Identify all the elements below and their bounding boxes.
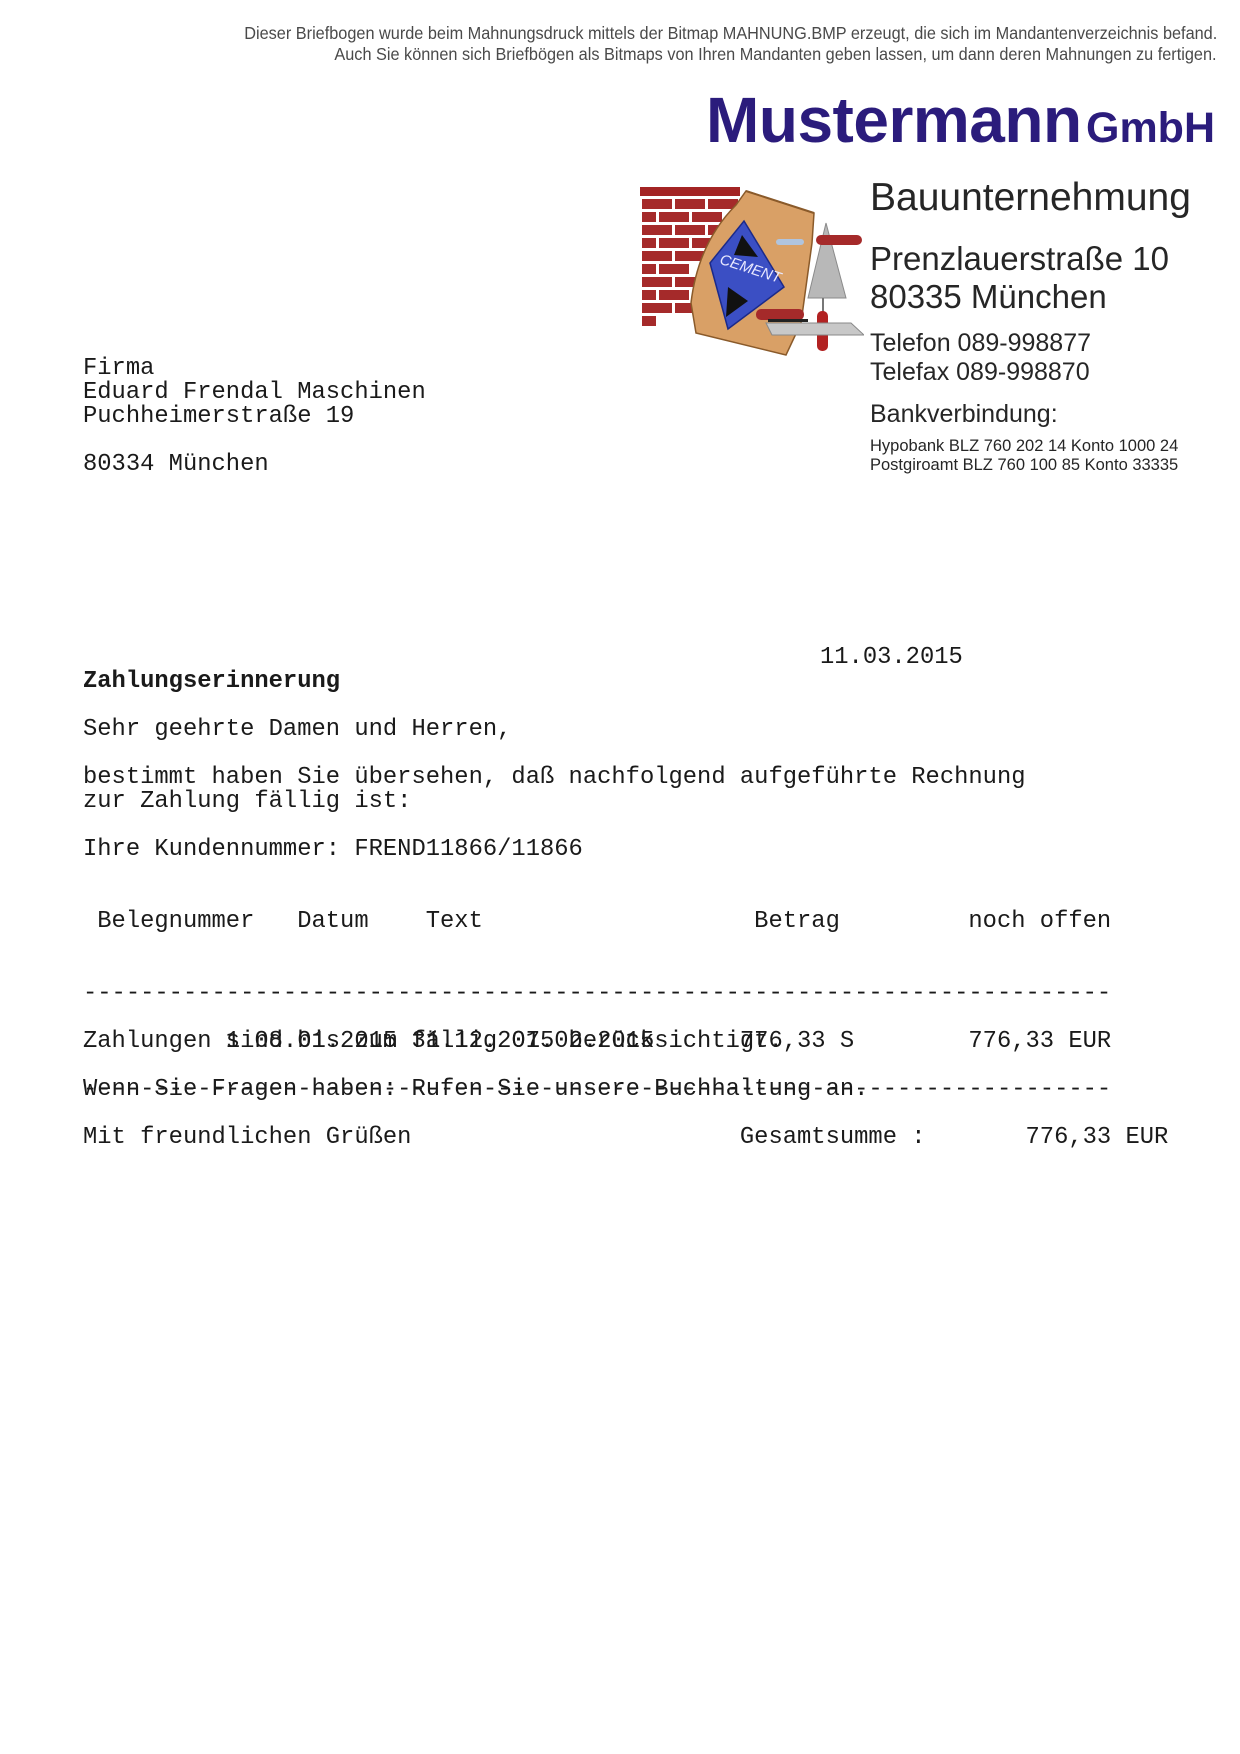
- recipient-line-3: Puchheimerstraße 19: [83, 405, 426, 429]
- customer-number-value: FREND11866/11866: [354, 836, 583, 863]
- letter-date: 11.03.2015: [820, 646, 963, 670]
- recipient-line-1: Firma: [83, 357, 426, 381]
- customer-number: Ihre Kundennummer: FREND11866/11866: [83, 838, 583, 862]
- letterhead-hint-line-1: Dieser Briefbogen wurde beim Mahnungsdru…: [244, 23, 1217, 43]
- float-icon: [756, 309, 864, 335]
- intro-line-1: bestimmt haben Sie übersehen, daß nachfo…: [83, 766, 1026, 790]
- table-header: Belegnummer Datum Text Betrag noch offen: [83, 910, 1168, 934]
- recipient-address: FirmaEduard Frendal MaschinenPuchheimers…: [83, 357, 426, 477]
- bank-label: Bankverbindung:: [870, 402, 1058, 427]
- cement-bag-brick-wall-trowel-icon: CEMENT: [636, 183, 864, 358]
- customer-number-label: Ihre Kundennummer:: [83, 836, 340, 863]
- letter-intro: bestimmt haben Sie übersehen, daß nachfo…: [83, 766, 1026, 814]
- company-phone: Telefon 089-998877: [870, 331, 1091, 356]
- payments-note: Zahlungen sind bis zum 31.12.2015 berück…: [83, 1030, 783, 1054]
- bank-account-1: Hypobank BLZ 760 202 14 Konto 1000 24: [870, 438, 1178, 455]
- closing: Mit freundlichen Grüßen: [83, 1126, 411, 1150]
- recipient-line-4: [83, 429, 426, 453]
- table-separator-top: ----------------------------------------…: [83, 982, 1168, 1006]
- company-name-main: Mustermann: [706, 84, 1082, 156]
- company-trade: Bauunternehmung: [870, 178, 1191, 217]
- company-fax: Telefax 089-998870: [870, 360, 1090, 385]
- letter-salutation: Sehr geehrte Damen und Herren,: [83, 718, 511, 742]
- company-city: 80335 München: [870, 280, 1107, 313]
- bank-account-2: Postgiroamt BLZ 760 100 85 Konto 33335: [870, 457, 1178, 474]
- company-street: Prenzlauerstraße 10: [870, 242, 1169, 275]
- company-name-suffix: GmbH: [1086, 104, 1215, 152]
- recipient-line-2: Eduard Frendal Maschinen: [83, 381, 426, 405]
- recipient-line-5: 80334 München: [83, 453, 426, 477]
- letter-subject: Zahlungserinnerung: [83, 670, 340, 694]
- letterhead-hint-line-2: Auch Sie können sich Briefbögen als Bitm…: [335, 44, 1217, 64]
- questions-note: Wenn Sie Fragen haben: Rufen Sie unsere …: [83, 1078, 868, 1102]
- intro-line-2: zur Zahlung fällig ist:: [83, 790, 1026, 814]
- company-name: Mustermann GmbH: [706, 88, 1215, 152]
